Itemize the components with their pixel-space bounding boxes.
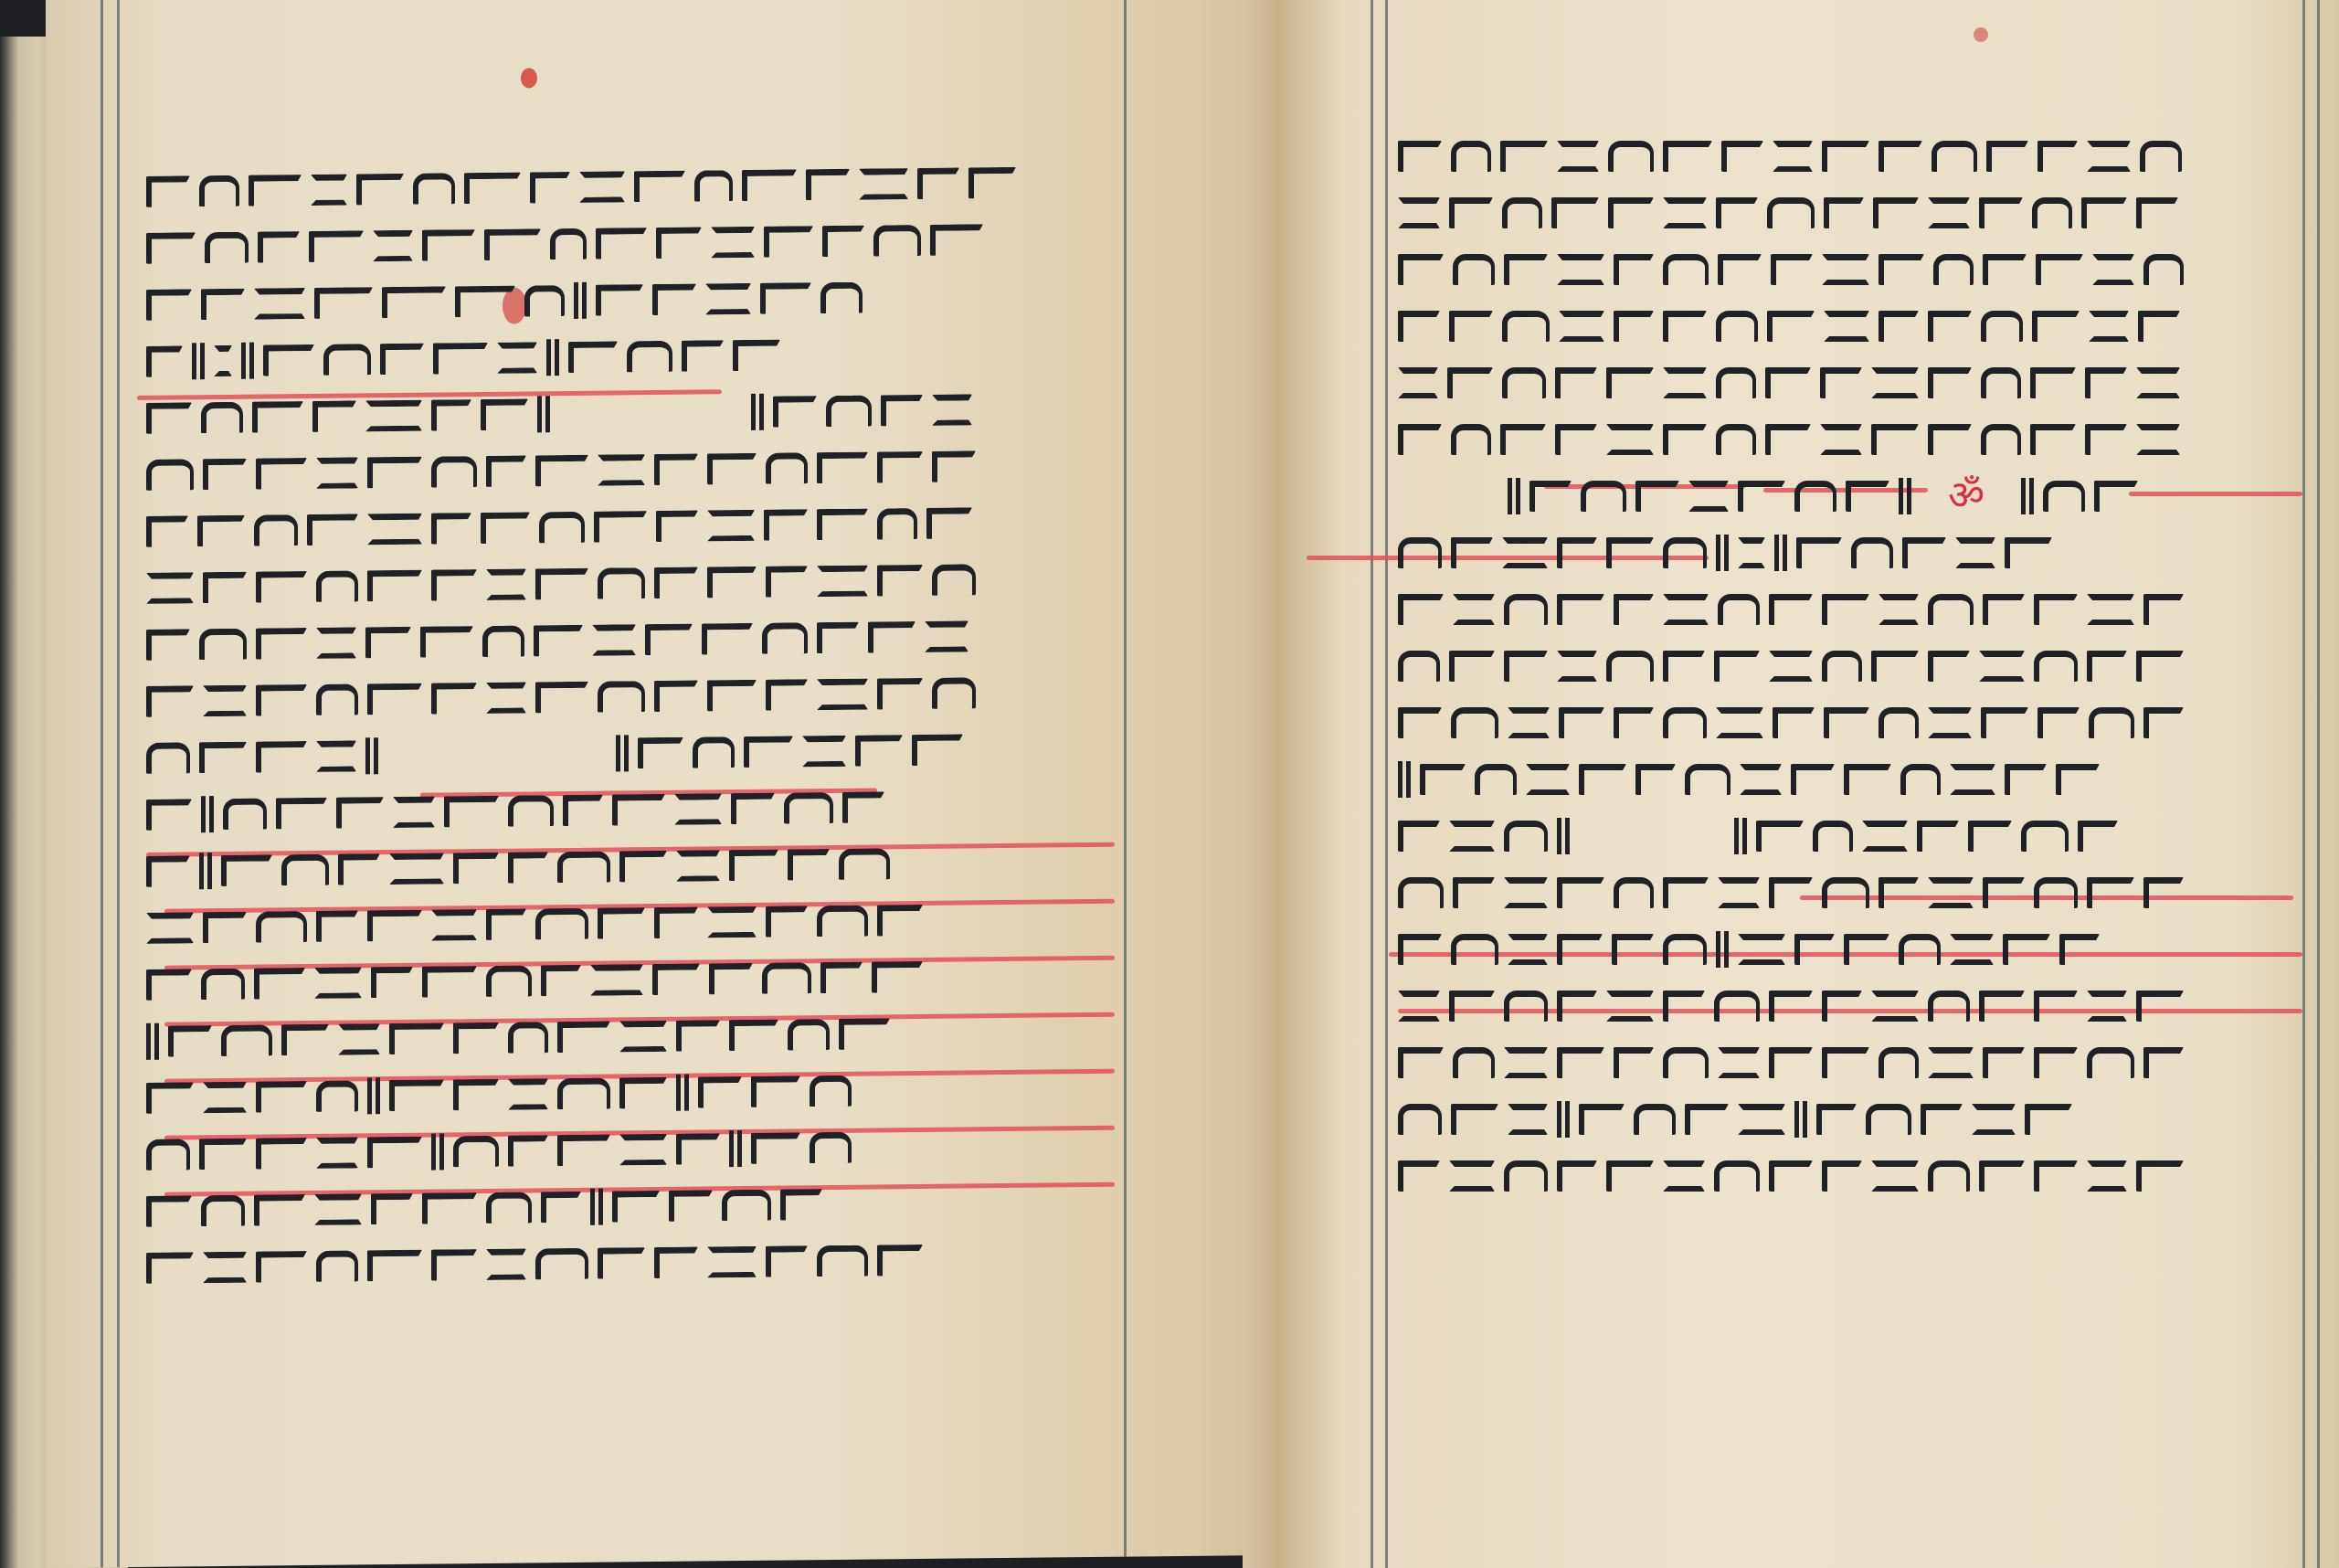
text-line [1398,1034,2302,1091]
text-line [1398,978,2302,1034]
text-line [1398,921,2302,978]
text-line [146,323,1133,390]
text-line [1398,185,2302,241]
red-ink-stain [1974,27,1988,42]
text-line [1398,1148,2302,1204]
red-ink-stain [521,68,537,88]
text-line [146,890,1133,957]
text-line [146,380,1133,447]
text-line [146,550,1133,617]
text-line [1398,751,2302,808]
text-line [146,777,1133,843]
text-line [146,1060,1133,1127]
text-line [1398,298,2302,355]
text-line [146,154,1133,220]
text-line [146,493,1133,560]
right-margin-rule-outer [2317,0,2320,1568]
text-line [146,947,1133,1013]
text-line [146,437,1133,503]
text-line [1398,411,2302,468]
manuscript-photo: Left page [0,0,2339,1568]
text-line [146,267,1133,334]
right-page: Right page [1279,0,2339,1568]
text-line [1398,241,2302,298]
right-margin-rule [2302,0,2305,1568]
text-line [1398,638,2302,694]
left-text-block [146,154,1133,1297]
text-line [1398,864,2302,921]
text-line [146,1117,1133,1183]
left-page: Left page [46,0,1297,1568]
right-text-block: ॐ [1398,128,2302,1204]
left-margin-rule-inner [1385,0,1388,1568]
text-line [1398,581,2302,638]
text-line [146,663,1133,730]
text-line [1398,128,2302,185]
text-line [1398,808,2302,864]
text-line [146,720,1133,787]
text-line [146,607,1133,673]
text-line [146,210,1133,277]
text-line [1398,355,2302,411]
text-line [146,833,1133,900]
text-line [146,1173,1133,1240]
text-line [146,1003,1133,1070]
text-line [146,1230,1133,1297]
red-ornament-symbol: ॐ [1948,476,1984,516]
left-margin-rule [101,0,103,1567]
text-line: ॐ [1398,468,2302,524]
text-line [1398,1091,2302,1148]
text-line [1398,524,2302,581]
text-line [1398,694,2302,751]
left-margin-rule-inner [117,0,120,1567]
left-margin-rule [1371,0,1373,1568]
